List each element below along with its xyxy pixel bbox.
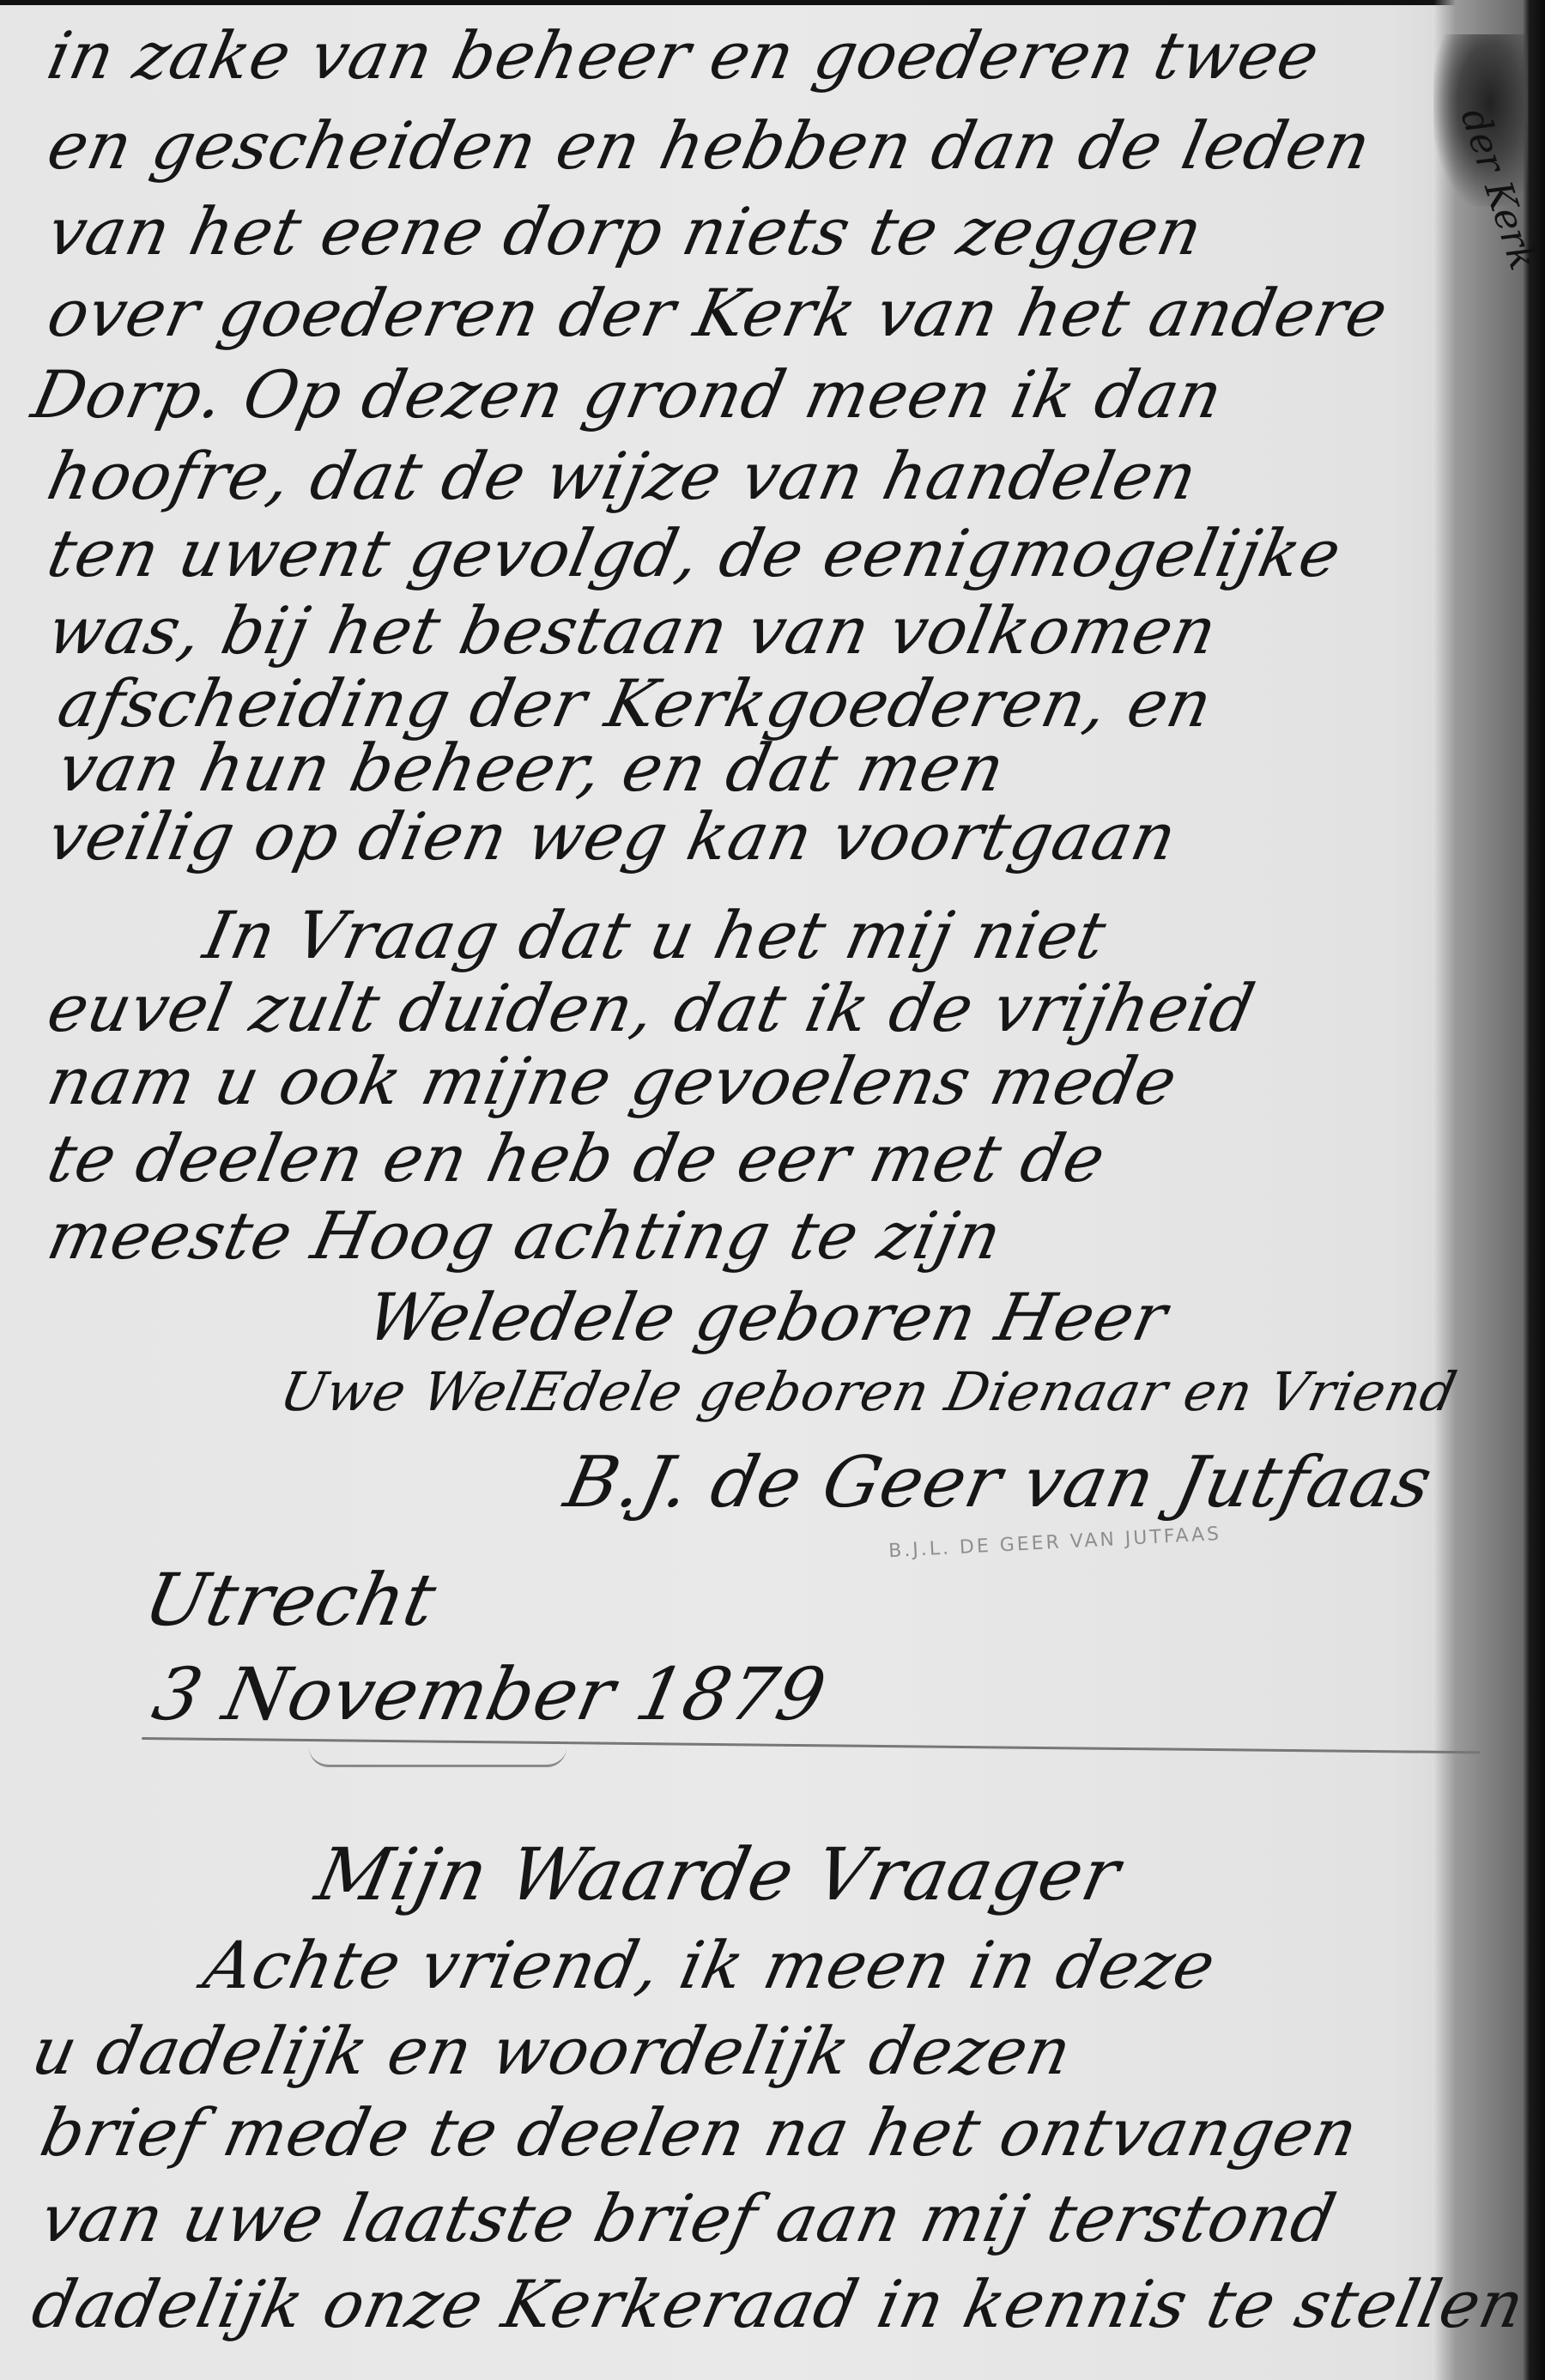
separator-flourish	[309, 1747, 566, 1767]
letter-line: u dadelijk en woordelijk dezen	[26, 2013, 1079, 2089]
letter-line: was, bij het bestaan van volkomen	[41, 592, 1224, 669]
name-stamp: B.J.L. DE GEER VAN JUTFAAS	[888, 1523, 1222, 1562]
letter-line: nam u ook mijne gevoelens mede	[41, 1043, 1184, 1119]
letter-line: In Vraag dat u het mij niet	[197, 897, 1113, 973]
letter-greeting: Mijn Waarde Vraager	[309, 1832, 1128, 1917]
letter-line: van hun beheer, en dat men	[51, 730, 1012, 806]
letter-line: meeste Hoog achting te zijn	[41, 1197, 1009, 1274]
letter-line: brief mede te deelen na het ontvangen	[34, 2094, 1365, 2171]
letter-line: te deelen en heb de eer met de	[41, 1120, 1112, 1196]
letter-line: dadelijk onze Kerkeraad in kennis te ste…	[26, 2266, 1531, 2342]
letter-line: veilig op dien weg kan voortgaan	[41, 798, 1184, 875]
closing-salutation: Weledele geboren Heer	[360, 1279, 1174, 1355]
letter-line: over goederen der Kerk van het andere	[41, 275, 1395, 351]
letter-place: Utrecht	[137, 1558, 444, 1642]
letter-line: in zake van beheer en goederen twee	[41, 17, 1326, 94]
letter-line: euvel zult duiden, dat ik de vrijheid	[41, 970, 1262, 1046]
closing-servant-line: Uwe WelEdele geboren Dienaar en Vriend	[275, 1360, 1463, 1423]
letter-line: van het eene dorp niets te zeggen	[41, 193, 1209, 269]
letter-line: Achte vriend, ik meen in deze	[197, 1927, 1222, 2003]
letter-line: ten uwent gevolgd, de eenigmogelijke	[41, 515, 1348, 591]
letter-line: van uwe laatste brief aan mij terstond	[34, 2180, 1343, 2256]
binding-shadow	[1433, 0, 1545, 2380]
letter-line: en gescheiden en hebben dan de leden	[41, 107, 1378, 184]
letter-date: 3 November 1879	[146, 1652, 833, 1736]
letter-line: hoofre, dat de wijze van handelen	[41, 438, 1204, 514]
scan-top-edge	[0, 0, 1545, 5]
signature: B.J. de Geer van Jutfaas	[558, 1442, 1439, 1523]
letter-line: Dorp. Op dezen grond meen ik dan	[26, 356, 1230, 433]
document-page: in zake van beheer en goederen twee en g…	[0, 0, 1545, 2380]
